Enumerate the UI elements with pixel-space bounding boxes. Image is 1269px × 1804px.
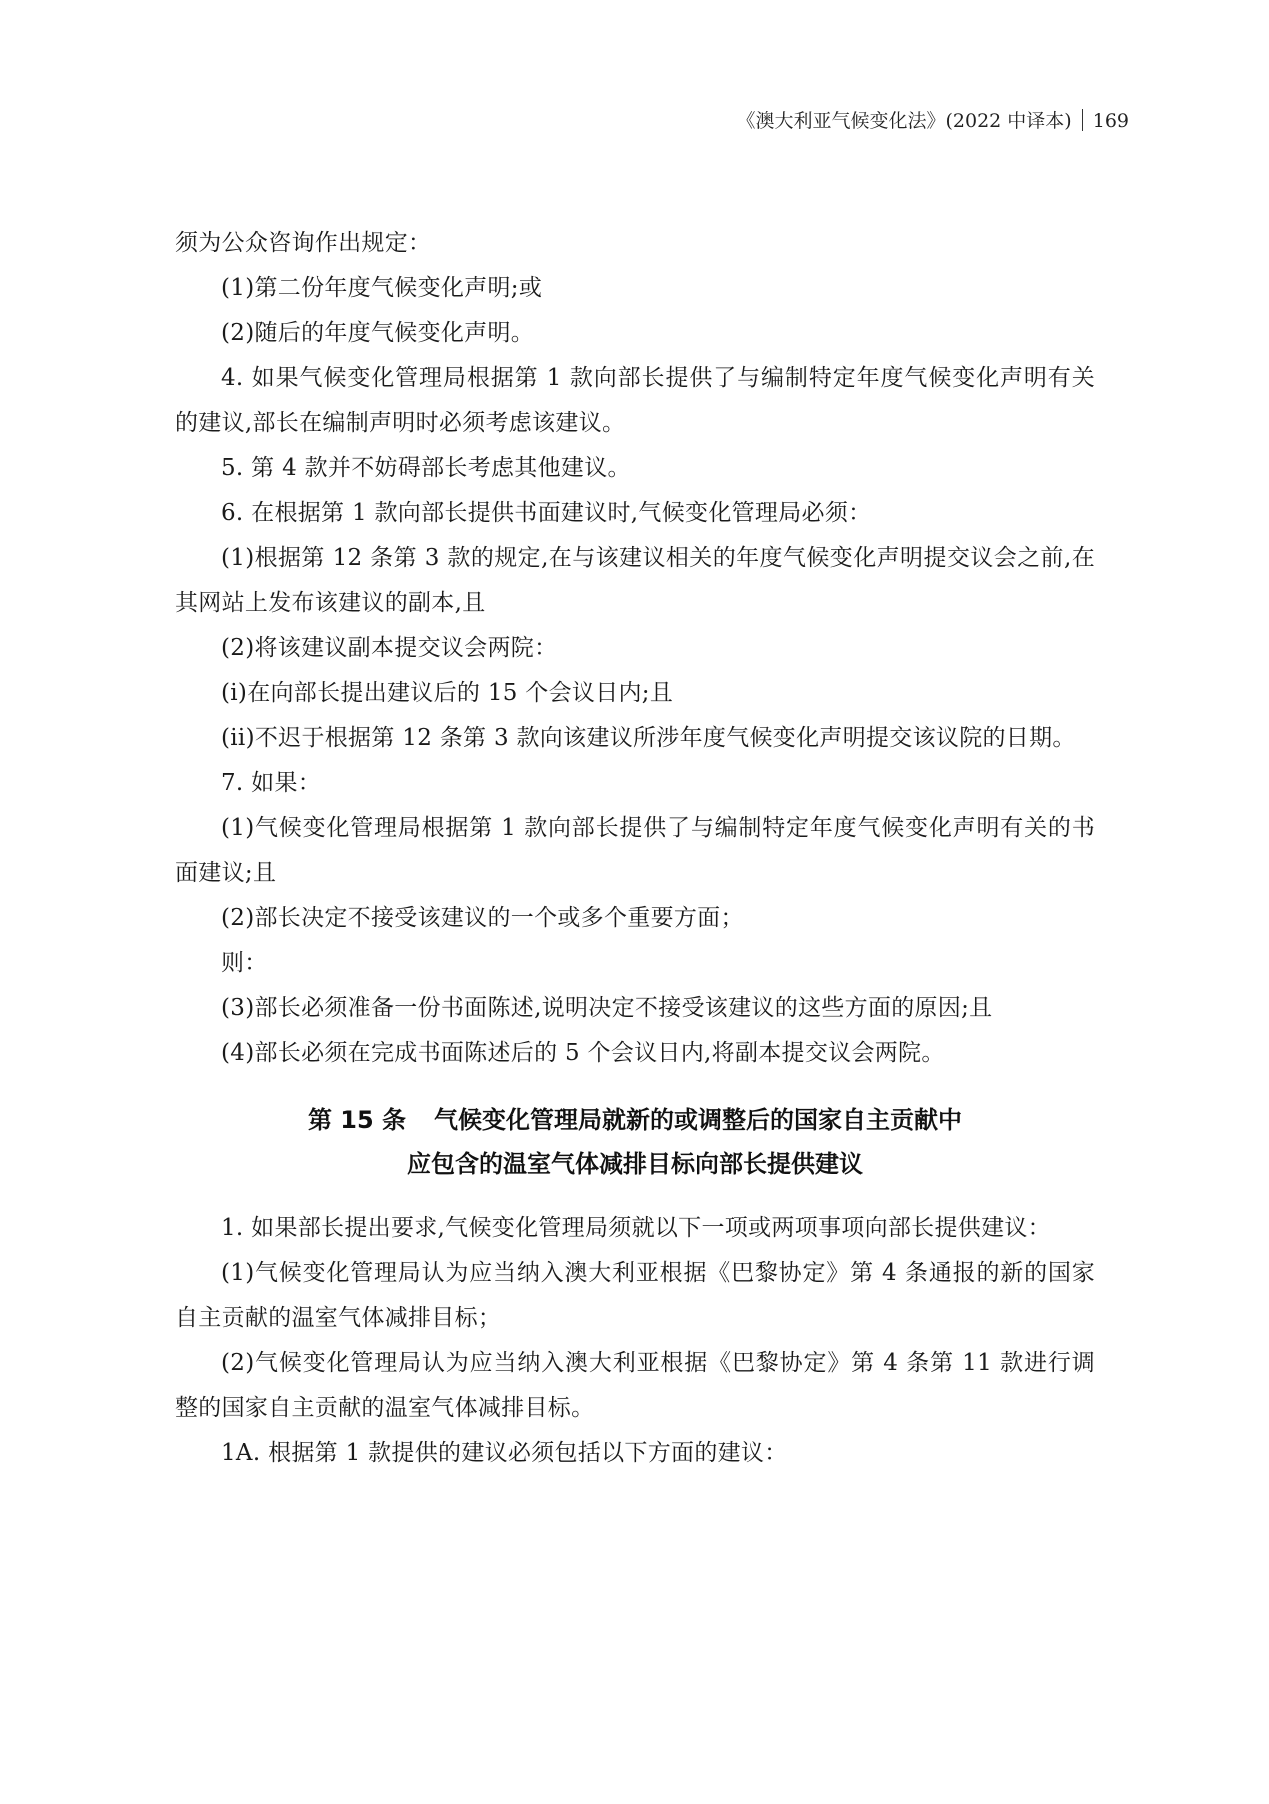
paragraph: (1)根据第 12 条第 3 款的规定,在与该建议相关的年度气候变化声明提交议会… (175, 536, 1095, 626)
paragraph: (4)部长必须在完成书面陈述后的 5 个会议日内,将副本提交议会两院。 (175, 1031, 1095, 1076)
paragraph: 7. 如果： (175, 761, 1095, 806)
page-number: 169 (1093, 110, 1129, 132)
paragraph: 1. 如果部长提出要求,气候变化管理局须就以下一项或两项事项向部长提供建议： (175, 1206, 1095, 1251)
paragraph: 则： (175, 941, 1095, 986)
article-number: 第 15 条 (308, 1106, 406, 1134)
paragraph: (i)在向部长提出建议后的 15 个会议日内;且 (175, 671, 1095, 716)
article-heading-line-1: 第 15 条气候变化管理局就新的或调整后的国家自主贡献中 (175, 1098, 1095, 1142)
article-heading: 第 15 条气候变化管理局就新的或调整后的国家自主贡献中 应包含的温室气体减排目… (175, 1098, 1095, 1186)
article-title-part-1: 气候变化管理局就新的或调整后的国家自主贡献中 (434, 1106, 962, 1134)
paragraph: 1A. 根据第 1 款提供的建议必须包括以下方面的建议： (175, 1431, 1095, 1476)
running-title: 《澳大利亚气候变化法》(2022 中译本) (737, 110, 1072, 132)
paragraph: 6. 在根据第 1 款向部长提供书面建议时,气候变化管理局必须： (175, 491, 1095, 536)
paragraph: (2)随后的年度气候变化声明。 (175, 311, 1095, 356)
paragraph: 5. 第 4 款并不妨碍部长考虑其他建议。 (175, 446, 1095, 491)
paragraphs-after-heading: 1. 如果部长提出要求,气候变化管理局须就以下一项或两项事项向部长提供建议： (… (175, 1206, 1095, 1476)
paragraphs-before-heading: 须为公众咨询作出规定： (1)第二份年度气候变化声明;或 (2)随后的年度气候变… (175, 221, 1095, 1076)
paragraph: 须为公众咨询作出规定： (175, 221, 1095, 266)
running-header: 《澳大利亚气候变化法》(2022 中译本)169 (737, 108, 1130, 134)
paragraph: 4. 如果气候变化管理局根据第 1 款向部长提供了与编制特定年度气候变化声明有关… (175, 356, 1095, 446)
paragraph: (1)第二份年度气候变化声明;或 (175, 266, 1095, 311)
paragraph: (2)气候变化管理局认为应当纳入澳大利亚根据《巴黎协定》第 4 条第 11 款进… (175, 1341, 1095, 1431)
paragraph: (1)气候变化管理局认为应当纳入澳大利亚根据《巴黎协定》第 4 条通报的新的国家… (175, 1251, 1095, 1341)
paragraph: (2)将该建议副本提交议会两院： (175, 626, 1095, 671)
paragraph: (3)部长必须准备一份书面陈述,说明决定不接受该建议的这些方面的原因;且 (175, 986, 1095, 1031)
paragraph: (1)气候变化管理局根据第 1 款向部长提供了与编制特定年度气候变化声明有关的书… (175, 806, 1095, 896)
paragraph: (2)部长决定不接受该建议的一个或多个重要方面； (175, 896, 1095, 941)
paragraph: (ii)不迟于根据第 12 条第 3 款向该建议所涉年度气候变化声明提交该议院的… (175, 716, 1095, 761)
header-divider (1082, 109, 1083, 131)
page-body: 须为公众咨询作出规定： (1)第二份年度气候变化声明;或 (2)随后的年度气候变… (175, 221, 1095, 1476)
article-heading-line-2: 应包含的温室气体减排目标向部长提供建议 (175, 1142, 1095, 1186)
